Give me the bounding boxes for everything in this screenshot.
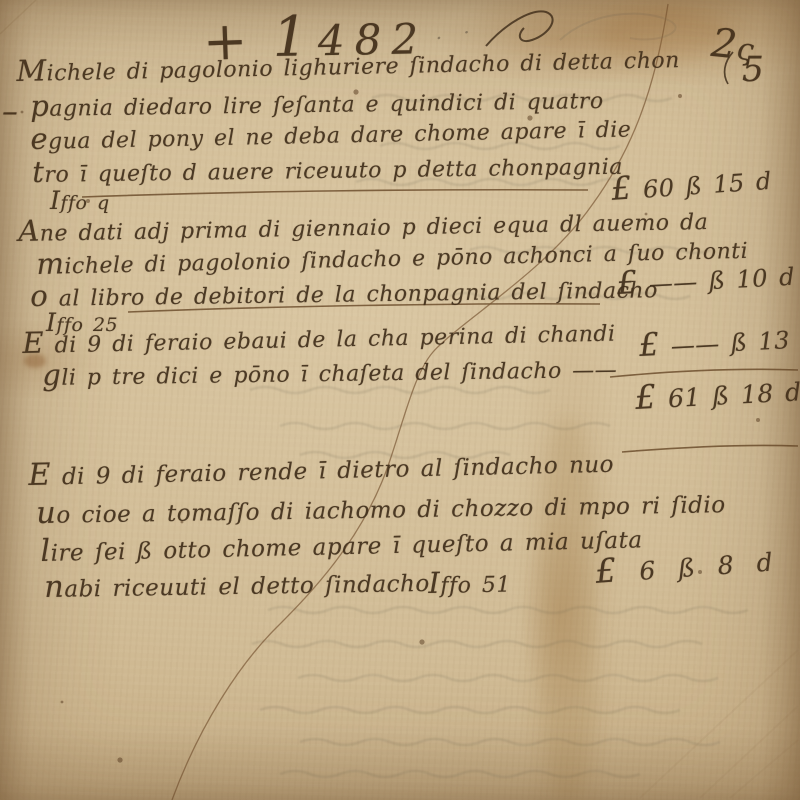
corner-fold-line: [0, 0, 36, 34]
entry4-folio-ref: Iffo 51: [428, 565, 511, 600]
paraph-flourish: [486, 11, 553, 46]
scribble-dots: · . ·: [408, 20, 476, 44]
page-total-amount: £ 61 ß 18 d: [634, 369, 800, 417]
entry1-line4: tro ī queſto d auere riceuuto p detta ch…: [32, 147, 623, 189]
entry1-folio-ref: Iffo q: [50, 186, 110, 215]
entry1-amount: £ 60 ß 15 d: [610, 161, 773, 208]
manuscript-page: + 1482 · . · 2ς 5 – Michele di pagolonio…: [0, 0, 800, 800]
entry3-line2: gli p tre dici e pōno ī chaſeta del ſind…: [42, 350, 617, 392]
margin-dash: –: [2, 94, 18, 130]
rule-under-entry1: [82, 190, 588, 197]
entry4-line4: nabi riceuuti el detto ſindacho: [44, 564, 430, 605]
pencil-scribble: [560, 14, 676, 40]
entry3-amount: £ —— ß 13 d: [638, 319, 800, 364]
folio-number: 5: [742, 50, 764, 90]
paper-fibres: [640, 650, 798, 798]
entry4-line1: E di 9 di feraio rende ī dietro al ſinda…: [28, 445, 614, 493]
rule-below-total: [622, 445, 798, 452]
